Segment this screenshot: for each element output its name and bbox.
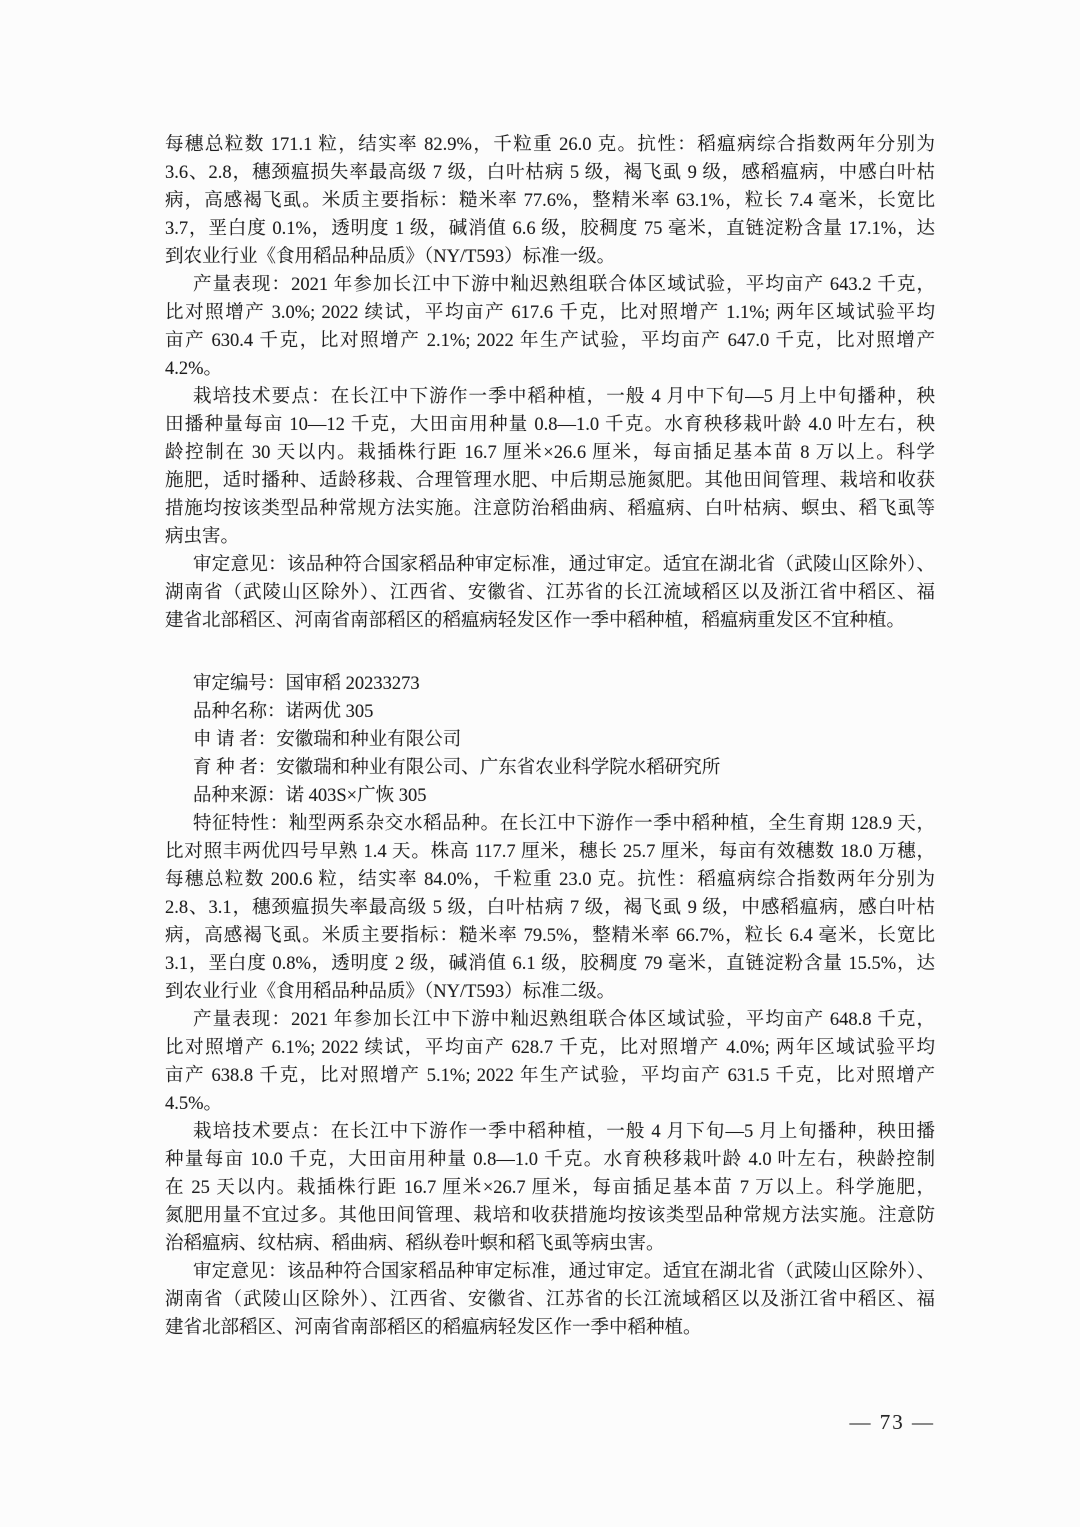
text-line: 氮肥用量不宜过多。其他田间管理、栽培和收获措施均按该类型品种常规方法实施。注意防: [165, 1202, 935, 1230]
field-breeder: 育 种 者：安徽瑞和种业有限公司、广东省农业科学院水稻研究所: [165, 754, 935, 782]
field-line: 申 请 者：安徽瑞和种业有限公司: [165, 726, 935, 754]
field-line: 审定编号：国审稻 20233273: [165, 670, 935, 698]
field-approval-number: 审定编号：国审稻 20233273: [165, 670, 935, 698]
text-line: 在 25 天以内。栽插株行距 16.7 厘米×26.7 厘米，每亩插足基本苗 7…: [165, 1174, 935, 1202]
para-variety2-traits: 特征特性：籼型两系杂交水稻品种。在长江中下游作一季中稻种植，全生育期 128.9…: [165, 810, 935, 1006]
para-variety1-opinion: 审定意见：该品种符合国家稻品种审定标准，通过审定。适宜在湖北省（武陵山区除外）、…: [165, 551, 935, 635]
text-line: 湖南省（武陵山区除外）、江西省、安徽省、江苏省的长江流域稻区以及浙江省中稻区、福: [165, 1286, 935, 1314]
field-line: 品种名称：诺两优 305: [165, 698, 935, 726]
para-variety2-yield: 产量表现：2021 年参加长江中下游中籼迟熟组联合体区域试验，平均亩产 648.…: [165, 1006, 935, 1118]
para-variety2-cultivation: 栽培技术要点：在长江中下游作一季中稻种植，一般 4 月下旬—5 月上旬播种，秧田…: [165, 1118, 935, 1258]
text-line: 3.6、2.8，穗颈瘟损失率最高级 7 级，白叶枯病 5 级，褐飞虱 9 级，感…: [165, 159, 935, 187]
text-line: 种量每亩 10.0 千克，大田亩用种量 0.8—1.0 千克。水育秧移栽叶龄 4…: [165, 1146, 935, 1174]
text-line: 措施均按该类型品种常规方法实施。注意防治稻曲病、稻瘟病、白叶枯病、螟虫、稻飞虱等: [165, 495, 935, 523]
para-variety1-yield: 产量表现：2021 年参加长江中下游中籼迟熟组联合体区域试验，平均亩产 643.…: [165, 271, 935, 383]
field-origin: 品种来源：诺 403S×广恢 305: [165, 782, 935, 810]
text-line: 龄控制在 30 天以内。栽插株行距 16.7 厘米×26.6 厘米，每亩插足基本…: [165, 439, 935, 467]
text-line: 每穗总粒数 200.6 粒，结实率 84.0%，千粒重 23.0 克。抗性：稻瘟…: [165, 866, 935, 894]
document-page: 每穗总粒数 171.1 粒，结实率 82.9%，千粒重 26.0 克。抗性：稻瘟…: [0, 0, 1080, 1527]
text-line: 到农业行业《食用稻品种品质》（NY/T593）标准二级。: [165, 978, 935, 1006]
section-gap: [165, 635, 935, 670]
text-line: 2.8、3.1，穗颈瘟损失率最高级 5 级，白叶枯病 7 级，褐飞虱 9 级，中…: [165, 894, 935, 922]
text-line: 审定意见：该品种符合国家稻品种审定标准，通过审定。适宜在湖北省（武陵山区除外）、: [165, 551, 935, 579]
text-line: 4.5%。: [165, 1090, 935, 1118]
text-line: 栽培技术要点：在长江中下游作一季中稻种植，一般 4 月下旬—5 月上旬播种，秧田…: [165, 1118, 935, 1146]
para-variety2-opinion: 审定意见：该品种符合国家稻品种审定标准，通过审定。适宜在湖北省（武陵山区除外）、…: [165, 1258, 935, 1342]
text-line: 每穗总粒数 171.1 粒，结实率 82.9%，千粒重 26.0 克。抗性：稻瘟…: [165, 131, 935, 159]
text-line: 施肥，适时播种、适龄移栽、合理管理水肥、中后期忌施氮肥。其他田间管理、栽培和收获: [165, 467, 935, 495]
field-line: 品种来源：诺 403S×广恢 305: [165, 782, 935, 810]
text-column: 每穗总粒数 171.1 粒，结实率 82.9%，千粒重 26.0 克。抗性：稻瘟…: [165, 131, 935, 1342]
text-line: 亩产 630.4 千克，比对照增产 2.1%; 2022 年生产试验，平均亩产 …: [165, 327, 935, 355]
text-line: 建省北部稻区、河南省南部稻区的稻瘟病轻发区作一季中稻种植，稻瘟病重发区不宜种植。: [165, 607, 935, 635]
text-line: 3.1，垩白度 0.8%，透明度 2 级，碱消值 6.1 级，胶稠度 79 毫米…: [165, 950, 935, 978]
field-line: 育 种 者：安徽瑞和种业有限公司、广东省农业科学院水稻研究所: [165, 754, 935, 782]
para-variety1-traits-continued: 每穗总粒数 171.1 粒，结实率 82.9%，千粒重 26.0 克。抗性：稻瘟…: [165, 131, 935, 271]
text-line: 4.2%。: [165, 355, 935, 383]
text-line: 病虫害。: [165, 523, 935, 551]
para-variety1-cultivation: 栽培技术要点：在长江中下游作一季中稻种植，一般 4 月中下旬—5 月上中旬播种，…: [165, 383, 935, 551]
text-line: 栽培技术要点：在长江中下游作一季中稻种植，一般 4 月中下旬—5 月上中旬播种，…: [165, 383, 935, 411]
text-line: 病，高感褐飞虱。米质主要指标：糙米率 79.5%，整精米率 66.7%，粒长 6…: [165, 922, 935, 950]
text-line: 比对照增产 3.0%; 2022 续试，平均亩产 617.6 千克，比对照增产 …: [165, 299, 935, 327]
text-line: 湖南省（武陵山区除外）、江西省、安徽省、江苏省的长江流域稻区以及浙江省中稻区、福: [165, 579, 935, 607]
text-line: 产量表现：2021 年参加长江中下游中籼迟熟组联合体区域试验，平均亩产 648.…: [165, 1006, 935, 1034]
text-line: 比对照丰两优四号早熟 1.4 天。株高 117.7 厘米，穗长 25.7 厘米，…: [165, 838, 935, 866]
field-applicant: 申 请 者：安徽瑞和种业有限公司: [165, 726, 935, 754]
text-line: 比对照增产 6.1%; 2022 续试，平均亩产 628.7 千克，比对照增产 …: [165, 1034, 935, 1062]
text-line: 到农业行业《食用稻品种品质》（NY/T593）标准一级。: [165, 243, 935, 271]
page-number: — 73 —: [165, 1407, 935, 1437]
field-variety-name: 品种名称：诺两优 305: [165, 698, 935, 726]
text-line: 产量表现：2021 年参加长江中下游中籼迟熟组联合体区域试验，平均亩产 643.…: [165, 271, 935, 299]
text-line: 治稻瘟病、纹枯病、稻曲病、稻纵卷叶螟和稻飞虱等病虫害。: [165, 1230, 935, 1258]
text-line: 亩产 638.8 千克，比对照增产 5.1%; 2022 年生产试验，平均亩产 …: [165, 1062, 935, 1090]
text-line: 特征特性：籼型两系杂交水稻品种。在长江中下游作一季中稻种植，全生育期 128.9…: [165, 810, 935, 838]
text-line: 田播种量每亩 10—12 千克，大田亩用种量 0.8—1.0 千克。水育秧移栽叶…: [165, 411, 935, 439]
text-line: 3.7，垩白度 0.1%，透明度 1 级，碱消值 6.6 级，胶稠度 75 毫米…: [165, 215, 935, 243]
text-line: 病，高感褐飞虱。米质主要指标：糙米率 77.6%，整精米率 63.1%，粒长 7…: [165, 187, 935, 215]
text-line: 建省北部稻区、河南省南部稻区的稻瘟病轻发区作一季中稻种植。: [165, 1314, 935, 1342]
text-line: 审定意见：该品种符合国家稻品种审定标准，通过审定。适宜在湖北省（武陵山区除外）、: [165, 1258, 935, 1286]
